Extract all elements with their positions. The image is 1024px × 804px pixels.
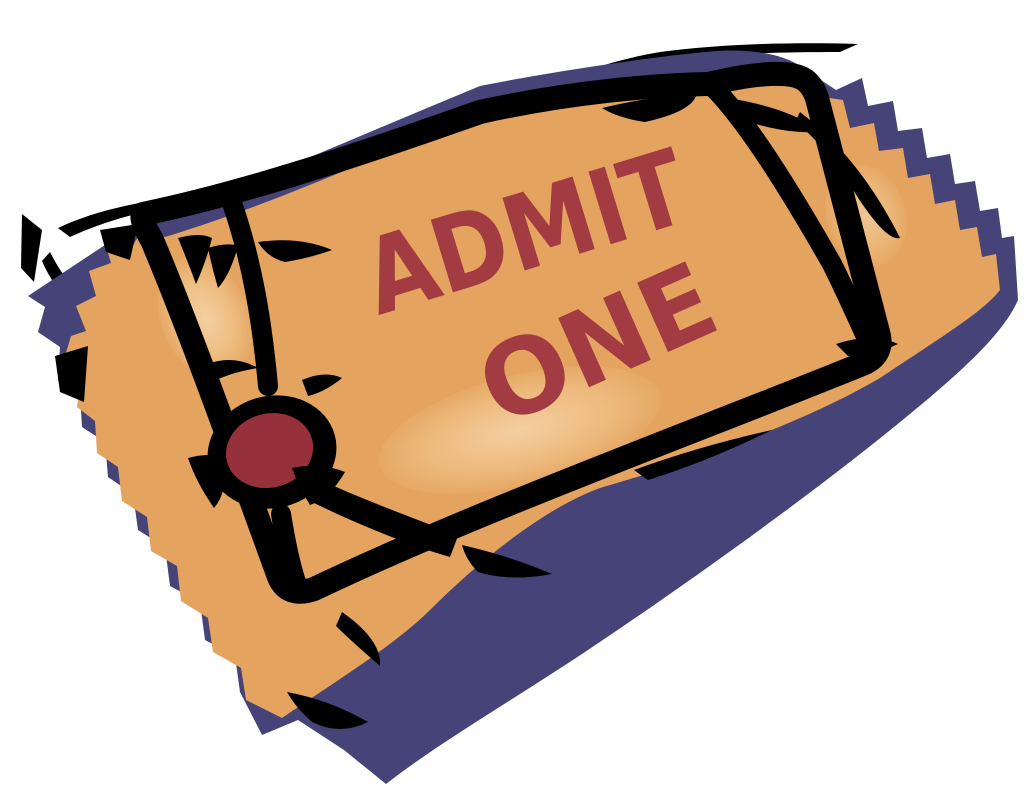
ticket-illustration-canvas: ADMIT ONE xyxy=(0,0,1024,804)
admit-one-ticket-graphic: ADMIT ONE xyxy=(0,0,1024,804)
streak-left-bent xyxy=(21,214,42,282)
